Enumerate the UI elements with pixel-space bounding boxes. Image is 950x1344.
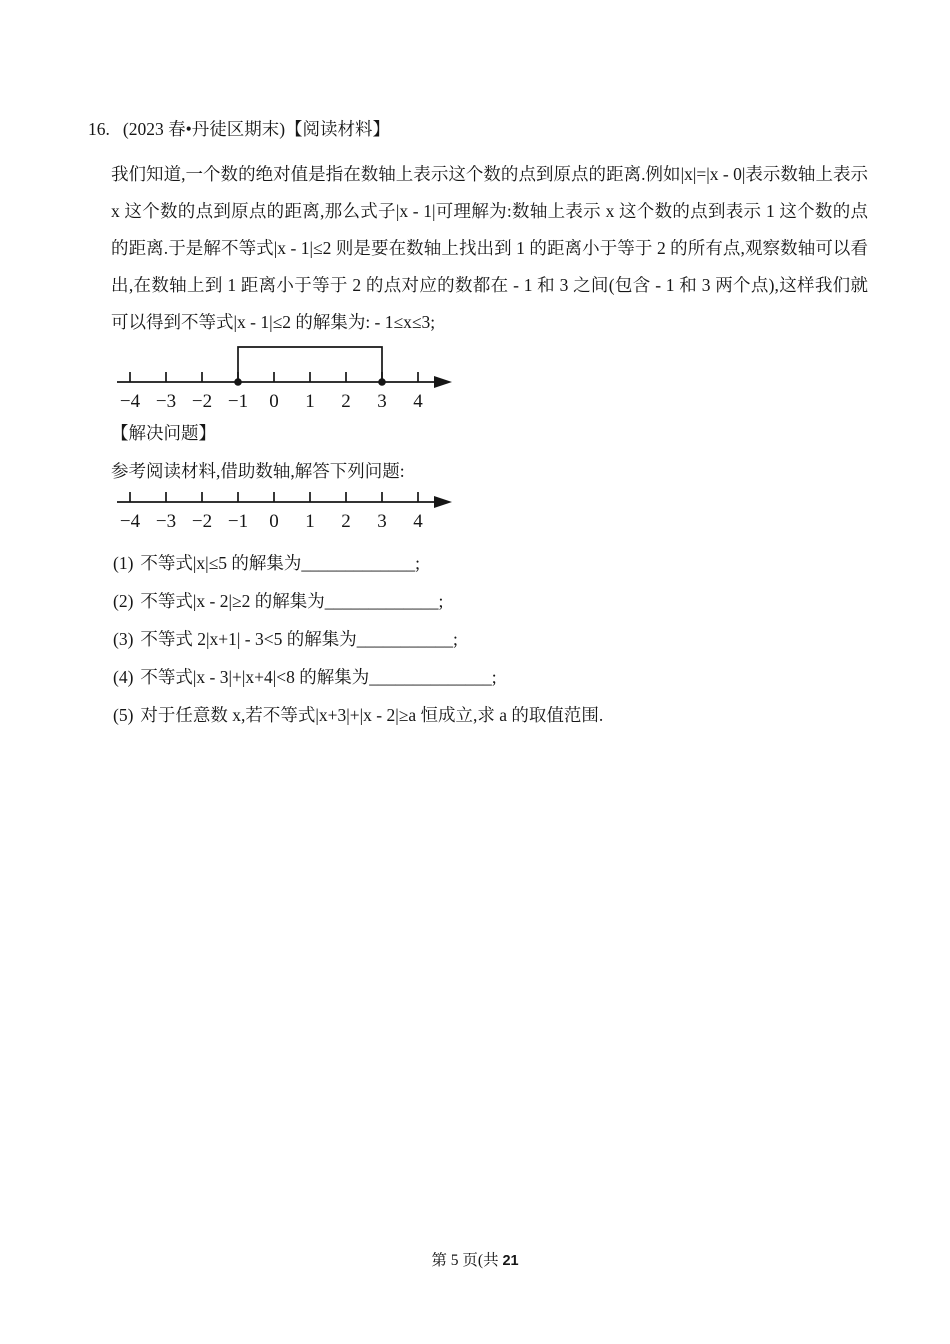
sub-question-list: (1)不等式|x|≤5 的解集为_____________; (2)不等式|x … — [113, 551, 872, 727]
svg-text:3: 3 — [377, 391, 387, 412]
reading-material-text: 我们知道,一个数的绝对值是指在数轴上表示这个数的点到原点的距离.例如|x|=|x… — [111, 156, 868, 341]
svg-text:−2: −2 — [192, 391, 212, 412]
section-title-reading: 【阅读材料】 — [285, 119, 390, 139]
svg-text:−3: −3 — [156, 391, 176, 412]
sub-question-3-text: 不等式 2|x+1| - 3<5 的解集为___________; — [140, 629, 457, 649]
svg-text:−4: −4 — [120, 511, 141, 532]
solving-intro-text: 参考阅读材料,借助数轴,解答下列问题: — [111, 459, 872, 483]
sub-question-4-label: (4) — [113, 667, 133, 687]
sub-question-3: (3)不等式 2|x+1| - 3<5 的解集为___________; — [113, 627, 872, 651]
sub-question-5-text: 对于任意数 x,若不等式|x+3|+|x - 2|≥a 恒成立,求 a 的取值范… — [140, 705, 603, 725]
question-block: 16.(2023 春•丹徒区期末)【阅读材料】 我们知道,一个数的绝对值是指在数… — [88, 117, 872, 727]
svg-text:4: 4 — [413, 511, 423, 532]
sub-question-1: (1)不等式|x|≤5 的解集为_____________; — [113, 551, 872, 575]
svg-text:4: 4 — [413, 391, 423, 412]
question-number: 16. — [88, 119, 110, 139]
question-source: (2023 春•丹徒区期末) — [123, 119, 285, 139]
sub-question-2-label: (2) — [113, 591, 133, 611]
worksheet-page: 16.(2023 春•丹徒区期末)【阅读材料】 我们知道,一个数的绝对值是指在数… — [0, 0, 950, 1344]
number-line-figure-blank: −4−3−2−101234 — [111, 489, 872, 537]
section-title-solving: 【解决问题】 — [111, 421, 872, 445]
svg-text:0: 0 — [269, 511, 279, 532]
number-line-figure-interval: −4−3−2−101234 — [111, 342, 872, 414]
page-footer: 第 5 页(共 21 — [0, 1248, 950, 1270]
question-header: 16.(2023 春•丹徒区期末)【阅读材料】 — [88, 117, 872, 141]
svg-text:−4: −4 — [120, 391, 141, 412]
sub-question-5: (5)对于任意数 x,若不等式|x+3|+|x - 2|≥a 恒成立,求 a 的… — [113, 703, 872, 727]
sub-question-4: (4)不等式|x - 3|+|x+4|<8 的解集为______________… — [113, 665, 872, 689]
sub-question-4-text: 不等式|x - 3|+|x+4|<8 的解集为______________; — [140, 667, 496, 687]
footer-total-pages: 21 — [502, 1253, 518, 1269]
svg-text:−2: −2 — [192, 511, 212, 532]
footer-page-text: 第 5 页(共 — [431, 1252, 502, 1269]
svg-text:−3: −3 — [156, 511, 176, 532]
svg-text:1: 1 — [305, 511, 315, 532]
svg-text:0: 0 — [269, 391, 279, 412]
sub-question-5-label: (5) — [113, 705, 133, 725]
number-line-blank-svg: −4−3−2−101234 — [111, 489, 457, 537]
sub-question-2-text: 不等式|x - 2|≥2 的解集为_____________; — [140, 591, 443, 611]
svg-text:−1: −1 — [228, 391, 248, 412]
sub-question-3-label: (3) — [113, 629, 133, 649]
svg-text:2: 2 — [341, 511, 351, 532]
sub-question-1-label: (1) — [113, 553, 133, 573]
svg-text:3: 3 — [377, 511, 387, 532]
sub-question-1-text: 不等式|x|≤5 的解集为_____________; — [140, 553, 420, 573]
svg-text:1: 1 — [305, 391, 315, 412]
svg-text:2: 2 — [341, 391, 351, 412]
sub-question-2: (2)不等式|x - 2|≥2 的解集为_____________; — [113, 589, 872, 613]
svg-text:−1: −1 — [228, 511, 248, 532]
number-line-solution-interval-svg: −4−3−2−101234 — [111, 342, 457, 414]
